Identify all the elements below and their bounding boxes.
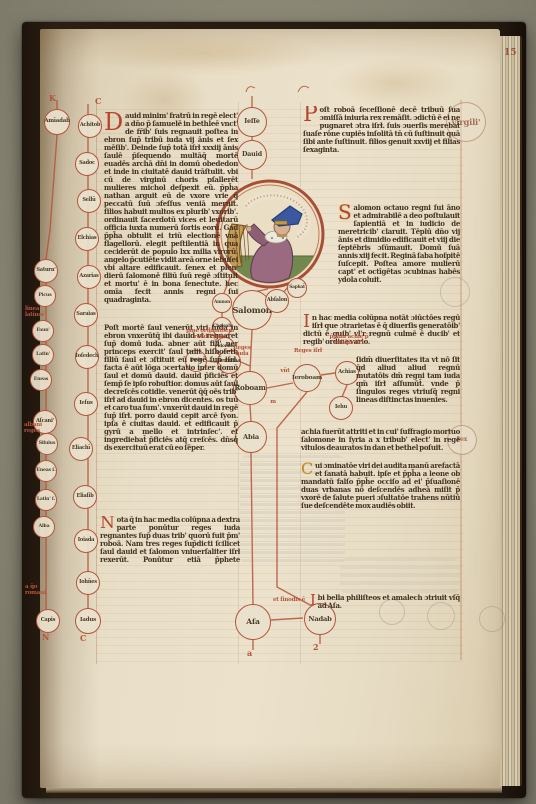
tree-node-saphatias: Saphat̄ — [287, 278, 307, 298]
tree-node-label: Abia — [243, 434, 259, 441]
link-label-asa-nadab: et ſinodis ē — [268, 597, 310, 603]
tree-node-label: Sellū — [82, 198, 95, 203]
initial-I2: I — [310, 594, 316, 607]
tree-node-label: Ieſſe — [244, 119, 259, 125]
tree-node-label: Saphat̄ — [289, 286, 305, 290]
text-block-nota: Nota q̄ in hac media colūpna a dextra pa… — [100, 516, 240, 564]
tree-node-latinus: Latin' — [32, 344, 54, 366]
tree-node-label: Achias — [338, 370, 355, 375]
tree-node-label: Eneas ſ. — [37, 469, 56, 474]
tree-node-latinus-silvius: Latin' ſ. — [35, 489, 57, 511]
initial-I: I — [303, 314, 310, 329]
quire-mark-top-left-2: C — [95, 96, 101, 106]
tree-node-faunus: Faun' — [32, 320, 54, 342]
tree-node-label: Aſa — [246, 618, 259, 626]
tree-node-eliachim: Eliachī — [69, 437, 93, 461]
margin-note-albani: albani reges — [24, 422, 48, 434]
margin-note-latins: linea latinor̄ — [25, 306, 49, 318]
tree-node-label: Latin' — [36, 353, 50, 358]
heading-reges-iuda: Reges iuda — [228, 345, 256, 357]
folio-number: 15 — [504, 48, 517, 58]
tree-node-absalon: Abſalon — [265, 289, 289, 313]
text-david: auid minim' fratrū in regē elect' a dn̄o… — [104, 112, 238, 304]
tree-node-label: Dauid — [242, 152, 262, 158]
heading-reges-israel: Reges iſrł — [292, 348, 324, 354]
tree-node-ieroboam: Ieroboam — [293, 364, 321, 392]
tree-node-asa: Aſa — [235, 604, 271, 640]
tree-node-label: Iohn̄es — [79, 580, 97, 585]
link-label-vnt: vn̄t — [276, 368, 294, 374]
tree-node-label: Eneas — [34, 378, 48, 383]
tree-node-saturnus: Saturn' — [34, 259, 58, 283]
initial-D: D — [104, 112, 123, 132]
quire-mark-bottom-left-1: N — [42, 632, 49, 642]
tree-node-ghost-3 — [479, 606, 505, 632]
tree-node-label: Amīadab — [44, 119, 69, 124]
tree-node-label: Siluius — [39, 442, 55, 447]
tree-node-label: Saraias — [76, 312, 95, 317]
tree-node-achitob: Achitob — [78, 114, 102, 138]
tree-node-ioiada: Ioiada — [74, 529, 98, 553]
tree-node-label: Capis — [41, 618, 56, 623]
tree-node-label: Sadoc — [79, 161, 95, 166]
tree-node-eneas: Eneas — [30, 369, 52, 391]
tree-node-iehu: Iehu — [329, 396, 353, 420]
text-ieroboam-2: ui ɔminatōe viri dei audita manū arefact… — [301, 462, 460, 510]
tree-node-iesse: Ieſſe — [237, 107, 267, 137]
tree-node-label: Achitob — [80, 123, 100, 128]
tree-node-eliasib: Eliaſib — [73, 485, 97, 509]
tree-node-roboam: Roboam — [233, 371, 267, 405]
tree-node-label: Ieſus — [79, 401, 92, 406]
tree-node-silvius: Siluius — [36, 433, 58, 455]
tree-node-label: Roboam — [234, 384, 265, 391]
tree-node-label: Eliaſib — [76, 494, 93, 499]
tree-node-label: Iehu — [335, 405, 347, 410]
tree-node-alba: Alba — [33, 516, 55, 538]
text-block-media-columpna-2: ſidm̄ diuerſitates ita vt nō ſit q̄d ali… — [356, 356, 460, 434]
tree-node-label: Faun' — [36, 329, 49, 334]
tree-node-elchias: Elchias — [75, 227, 99, 251]
tree-node-iosedech: Ioſedech — [75, 345, 99, 369]
note-achias: p̄ph̄ia achie p̄ reliq̄is iſrł — [326, 334, 372, 346]
tree-node-azarias: Azarias — [77, 265, 101, 289]
text-block-roboam: Poſt roboā ſeceſſionē decē tribuū ſua ɔm… — [303, 106, 460, 180]
initial-C: C — [301, 462, 313, 476]
text-nota: ota q̄ in hac media colūpna a dextra par… — [100, 516, 240, 564]
text-block-salomon: Salomon octauo regni ſui āno et admirabi… — [338, 204, 460, 302]
tree-node-iesus: Ieſus — [74, 392, 98, 416]
quire-mark-bottom-left-2: C — [80, 633, 86, 643]
tree-node-saraias: Saraias — [74, 303, 98, 327]
tree-node-label: Ioſedech — [76, 354, 99, 359]
initial-S: S — [338, 204, 351, 221]
tree-node-label: Azarias — [79, 274, 98, 279]
text-asa: bi bella philiſteos et amalech ɔtriuit v… — [318, 594, 460, 610]
text-salomon: alomon octauo regni ſui āno et admirabil… — [338, 204, 460, 284]
note-ordinatio: p̄me ordinatōem reddit̄ iuda — [182, 328, 238, 340]
tree-node-sadoc: Sadoc — [75, 152, 99, 176]
mark-under-nadab: 2 — [313, 642, 319, 652]
line-letter-m: m — [268, 399, 278, 405]
tree-node-david: Dauid — [237, 140, 267, 170]
tree-node-label: Latin' ſ. — [37, 498, 55, 503]
tree-node-capis: Capis — [36, 609, 60, 633]
mark-under-asa: a — [247, 648, 252, 658]
text-block-ieroboam: achia fuerūt attriti et in cui' ſuffragi… — [301, 428, 460, 462]
tree-node-label: Eliachī — [72, 446, 90, 451]
tree-node-label: Picus — [39, 294, 52, 299]
tree-node-eneas-silvius: Eneas ſ. — [35, 460, 57, 482]
manuscript-photo: IeſſeDauidSalomonRoboamAbiaAſaNadabIerob… — [0, 0, 536, 804]
tree-node-label: Abſalon — [267, 298, 287, 303]
initial-N: N — [100, 516, 115, 530]
tree-node-label: Ieroboam — [292, 375, 322, 381]
tree-node-label: Elchias — [77, 236, 96, 241]
tree-node-label: Alba — [39, 525, 50, 530]
tree-node-sellum: Sellū — [77, 189, 101, 213]
text-block-david: Dauid minim' fratrū in regē elect' a dn̄… — [104, 112, 238, 322]
tree-node-picus: Picus — [34, 285, 56, 307]
tree-node-label: Iadus — [80, 618, 96, 623]
margin-note-romani: a q̄o romani — [25, 584, 49, 596]
initial-P: P — [303, 106, 318, 125]
text-media-columpna-2: ſidm̄ diuerſitates ita vt nō ſit q̄d ali… — [356, 356, 460, 404]
tree-node-iadus: Iadus — [75, 608, 101, 634]
text-david-2: Poſt mortē ſaul venerūt viri iuda in ebr… — [104, 324, 238, 452]
text-block-ieroboam-2: Cui ɔminatōe viri dei audita manū arefac… — [301, 462, 460, 562]
text-block-david-2: Poſt mortē ſaul venerūt viri iuda in ebr… — [104, 324, 238, 512]
text-ieroboam: achia fuerūt attriti et in cui' ſuffragi… — [301, 428, 460, 452]
quire-mark-top-left-1: K — [49, 93, 56, 103]
tree-node-aminadab: Amīadab — [44, 109, 70, 135]
text-block-asa: Ibi bella philiſteos et amalech ɔtriuit … — [310, 594, 460, 620]
tree-node-iohannes: Iohn̄es — [76, 571, 100, 595]
tree-node-label: Saturn' — [36, 268, 55, 273]
tree-node-abia: Abia — [235, 421, 267, 453]
text-roboam: oſt roboā ſeceſſionē decē tribuū ſua ɔmi… — [303, 106, 460, 154]
tree-node-label: Ioiada — [78, 538, 94, 543]
